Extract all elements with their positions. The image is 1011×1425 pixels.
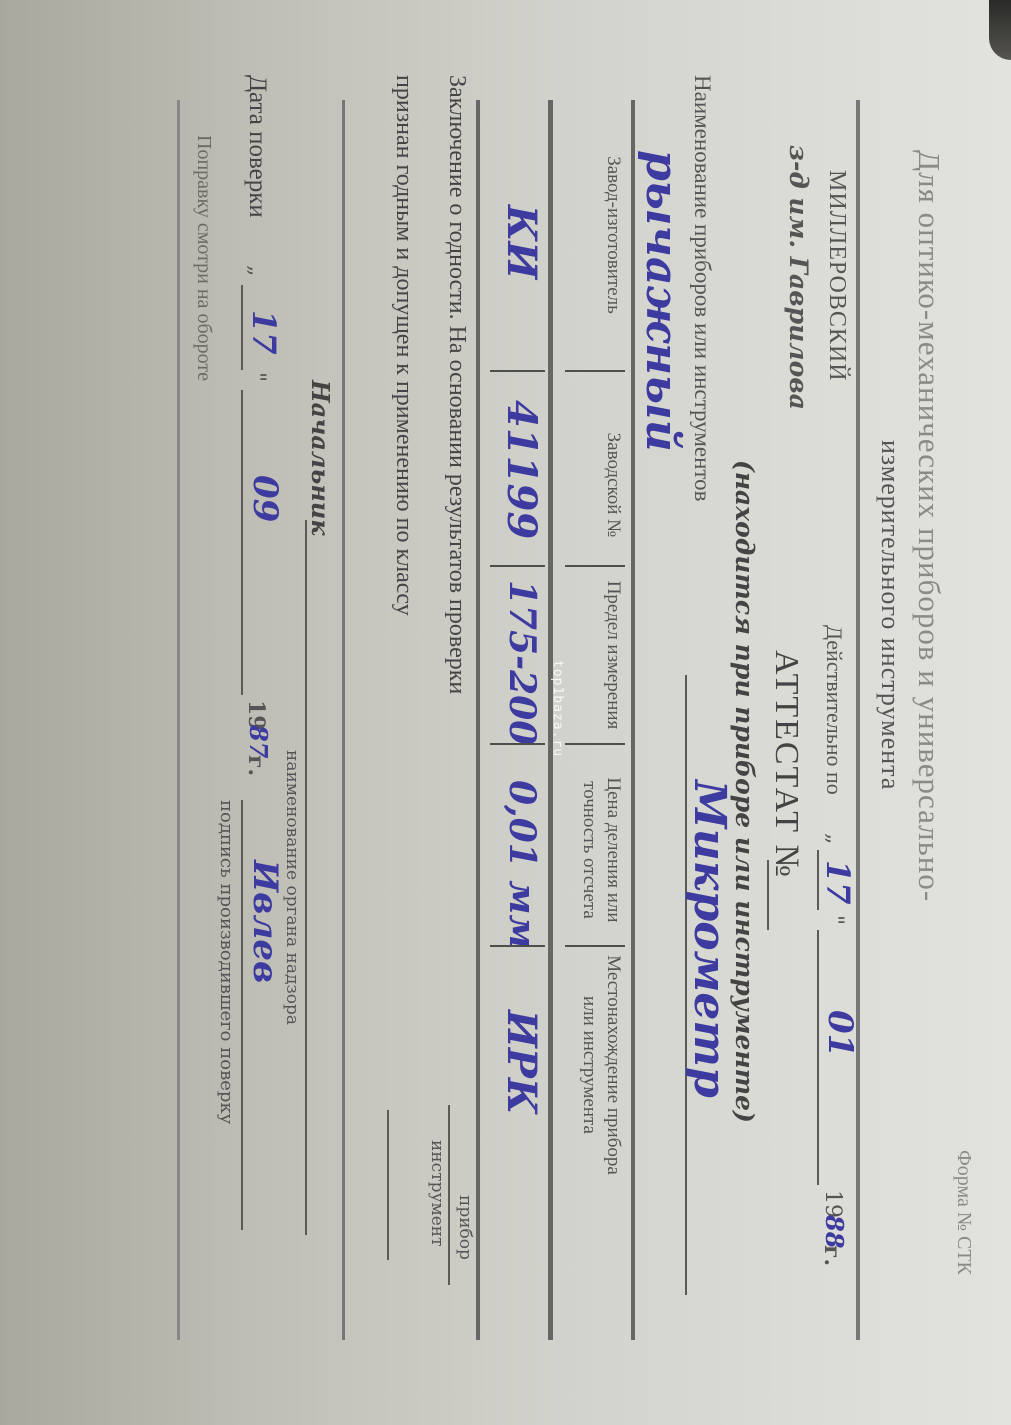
check-date-day: 17 — [245, 310, 283, 355]
supervisor-title: Начальник — [306, 380, 335, 536]
signature: Ивлев — [245, 860, 285, 983]
col-divider-1 — [565, 370, 625, 372]
validity-month: 01 — [820, 1010, 860, 1057]
issuer-factory: з-д им. Гаврилова — [784, 145, 813, 410]
header-location: Местонахождение прибора или инструмента — [577, 955, 625, 1175]
form-title-line2: измерительного инструмента — [875, 440, 905, 790]
cell-location: ИРК — [498, 1010, 545, 1114]
supervisor-caption: наименование органа надзора — [282, 750, 302, 1025]
form-number: Форма № СТК — [952, 1150, 975, 1275]
row-divider-4 — [490, 945, 545, 947]
form-title-line1: Для оптико-механических приборов и униве… — [911, 150, 947, 902]
watermark: top1baza.ru — [550, 660, 565, 757]
header-location-label: Местонахождение прибора или инструмента — [579, 955, 624, 1175]
col-divider-4 — [565, 945, 625, 947]
table-bottom-rule — [476, 100, 480, 1340]
footer-note: Поправку смотри на обороте — [192, 135, 215, 381]
row-divider-2 — [490, 565, 545, 567]
conclusion-label: Заключение о годности. На основании резу… — [443, 75, 470, 694]
conclusion-option-line — [448, 1105, 450, 1285]
signature-caption: подпись производившего поверку — [216, 800, 237, 1124]
check-date-year-suffix: 87 — [244, 725, 273, 758]
conclusion-option-instrument: инструмент — [427, 1140, 447, 1247]
header-division-value-label: Цена деления или точность отсчета — [579, 777, 624, 922]
header-serial-number-label: Заводской № — [603, 433, 624, 538]
instrument-name: Микрометр — [684, 780, 735, 1098]
check-date-month: 09 — [245, 475, 285, 522]
row-divider-1 — [490, 370, 545, 372]
check-date-month-line — [241, 390, 243, 695]
footer-rule — [177, 100, 180, 1340]
header-division-value: Цена деления или точность отсчета — [577, 760, 625, 940]
validity-day: 17 — [819, 860, 857, 905]
signature-line — [241, 800, 243, 1230]
validity-month-line — [817, 930, 819, 1185]
cell-division-value: 0,01 мм — [501, 780, 543, 949]
check-date-quote-open: „ — [244, 265, 269, 276]
validity-year-suffix: 88 — [820, 1215, 849, 1248]
header-measurement-range: Предел измерения — [601, 580, 625, 730]
cell-manufacturer: КИ — [498, 205, 545, 279]
table-edge-shadow — [989, 0, 1011, 60]
class-value-line — [387, 1110, 389, 1260]
header-serial-number: Заводской № — [601, 420, 625, 550]
col-divider-2 — [565, 565, 625, 567]
attestation-certificate: Форма № СТК Для оптико-механических приб… — [105, 60, 985, 1360]
validity-year-unit: г. — [819, 1245, 845, 1266]
header-rule — [856, 100, 860, 1340]
check-date-year-unit: г. — [243, 755, 269, 776]
validity-year-prefix: 19 — [820, 1190, 845, 1218]
conclusion-option-pribor: прибор — [455, 1195, 475, 1260]
conclusion-bottom-rule — [342, 100, 345, 1340]
check-date-label: Дата поверки — [243, 75, 271, 218]
certificate-number-line — [767, 860, 769, 930]
validity-label: Действительно по — [821, 625, 847, 795]
header-manufacturer: Завод-изготовитель — [601, 150, 625, 320]
certificate-title: АТТЕСТАТ № — [767, 650, 805, 879]
validity-quote-open: „ — [822, 833, 847, 844]
table-top-rule — [631, 100, 635, 1340]
row-divider-3 — [490, 743, 545, 745]
instrument-label: Наименование приборов или инструментов — [689, 75, 715, 502]
header-measurement-range-label: Предел измерения — [603, 581, 624, 730]
cell-measurement-range: 175-200 — [501, 580, 543, 745]
conclusion-line2: признан годным и допущен к применению по… — [390, 75, 417, 616]
check-date-day-line — [241, 285, 243, 370]
cell-serial-number: 41199 — [498, 400, 545, 539]
check-date-quote-close: " — [244, 372, 269, 382]
issuer-name: МИЛЛЕРОВСКИЙ — [823, 170, 850, 382]
header-manufacturer-label: Завод-изготовитель — [603, 156, 624, 314]
validity-quote-close: " — [822, 915, 847, 925]
supervisor-line — [305, 520, 307, 1235]
col-divider-3 — [565, 743, 625, 745]
instrument-name-continued: рычажный — [636, 150, 687, 452]
